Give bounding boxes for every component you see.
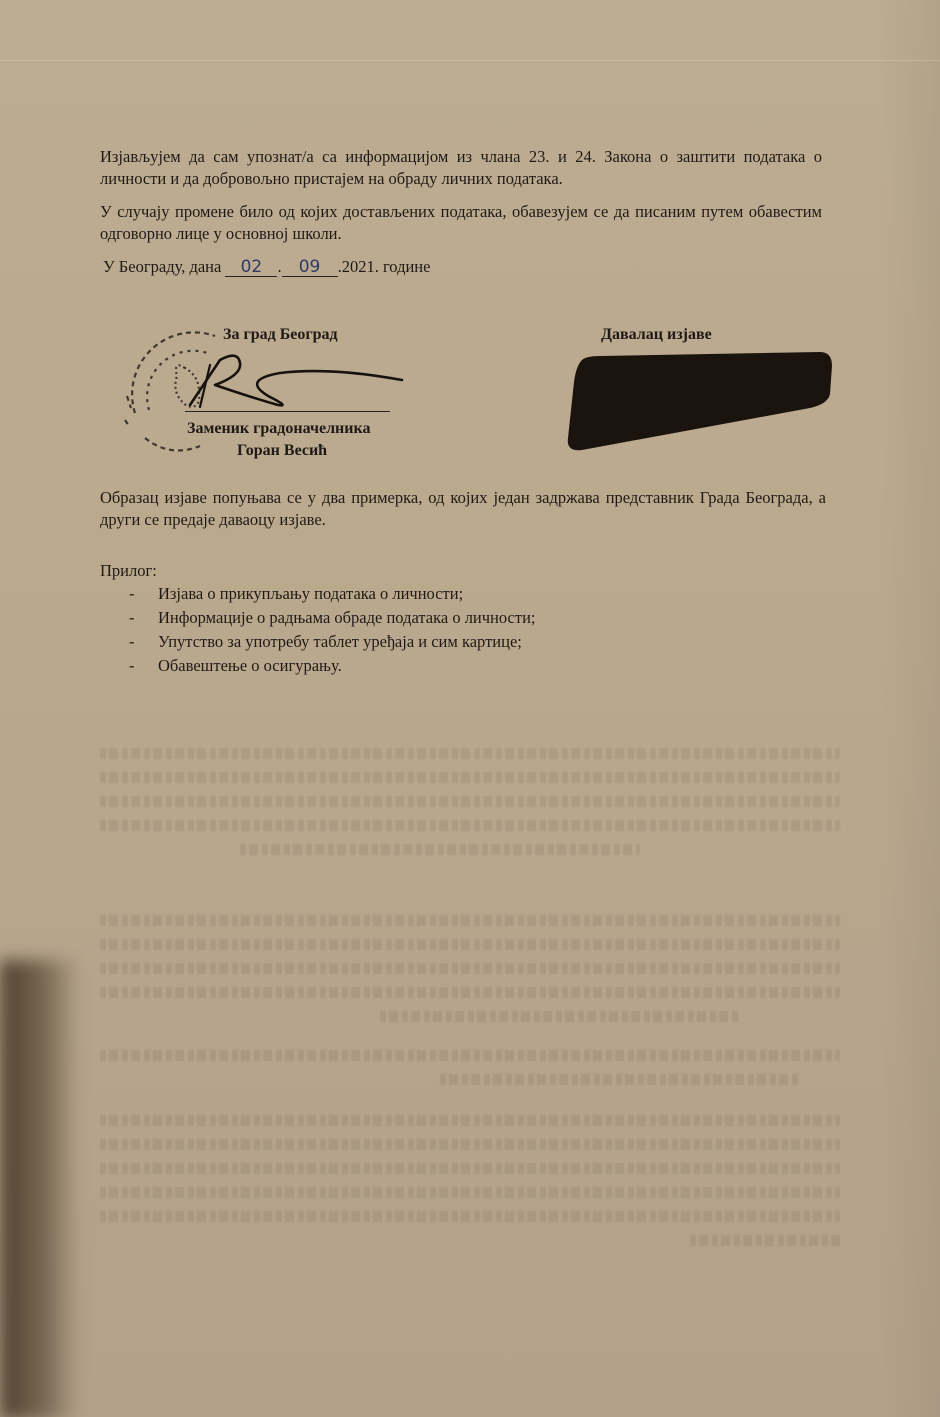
redacted-signature-block bbox=[560, 352, 835, 452]
changes-paragraph: У случају промене било од којих доставље… bbox=[100, 201, 822, 245]
city-signature-icon bbox=[170, 345, 410, 415]
declarant-heading: Давалац изјаве bbox=[601, 326, 712, 344]
attachments-list: -Изјава о прикупљању података о личности… bbox=[100, 582, 536, 678]
city-heading: За град Београд bbox=[223, 326, 338, 344]
deputy-name: Горан Весић bbox=[237, 442, 327, 460]
page-edge-shade bbox=[880, 0, 940, 1417]
paper-fold-line bbox=[0, 60, 940, 61]
date-prefix: У Београду, дана bbox=[103, 257, 221, 276]
date-day-field: 02 bbox=[225, 258, 277, 277]
attachment-item: -Информације о радњама обраде података о… bbox=[100, 606, 536, 630]
attachment-item: -Изјава о прикупљању података о личности… bbox=[100, 582, 536, 606]
date-suffix: .2021. године bbox=[338, 257, 431, 276]
date-line: У Београду, дана 02.09.2021. године bbox=[103, 256, 430, 278]
attachments-label: Прилог: bbox=[100, 560, 157, 582]
attachment-item: -Обавештење о осигурању. bbox=[100, 654, 536, 678]
attachment-item: -Упутство за употребу таблет уређаја и с… bbox=[100, 630, 536, 654]
date-month-field: 09 bbox=[282, 258, 338, 277]
copies-paragraph: Образац изјаве попуњава се у два примерк… bbox=[100, 487, 826, 531]
document-page: Изјављујем да сам упознат/а са информаци… bbox=[0, 0, 940, 1417]
deputy-title: Заменик градоначелника bbox=[187, 420, 370, 438]
consent-paragraph: Изјављујем да сам упознат/а са информаци… bbox=[100, 146, 822, 190]
signature-line bbox=[185, 411, 390, 412]
hand-shadow bbox=[0, 960, 80, 1417]
